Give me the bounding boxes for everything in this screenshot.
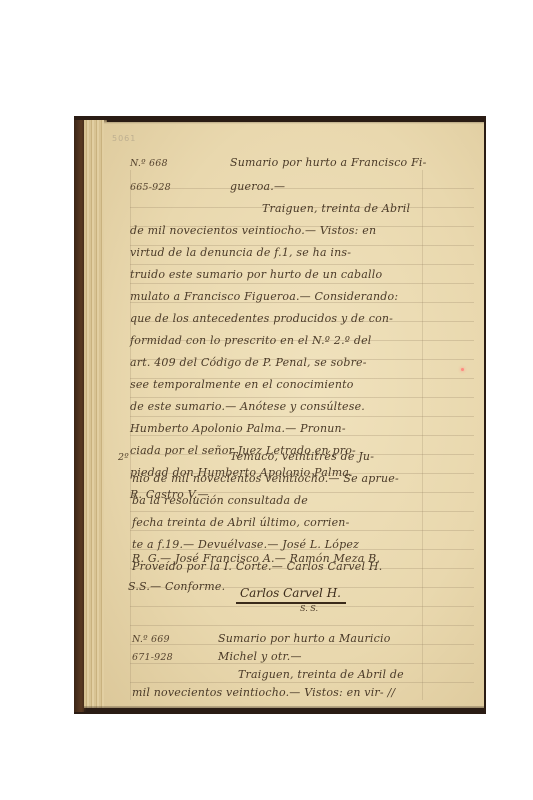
text-line: de este sumario.— Anótese y consúltese. bbox=[130, 400, 365, 413]
text-line: mil novecientos veintiocho.— Vistos: en … bbox=[132, 686, 395, 699]
text-line: nio de mil novecientos veintiocho.— Se a… bbox=[132, 472, 399, 485]
entry-title-cont: Michel y otr.— bbox=[218, 650, 302, 663]
signature-underline bbox=[236, 602, 346, 604]
text-line: Traiguen, treinta de Abril bbox=[262, 202, 410, 215]
text-line: fecha treinta de Abril último, corrien- bbox=[132, 516, 350, 529]
entry-number: N.º 668 bbox=[130, 158, 168, 169]
signature: Carlos Carvel H. bbox=[240, 586, 341, 600]
text-line: truido este sumario por hurto de un caba… bbox=[130, 268, 382, 281]
text-line: mulato a Francisco Figueroa.— Consideran… bbox=[130, 290, 398, 303]
text-line: Temuco, veintitrés de Ju- bbox=[230, 450, 374, 463]
text-line: S.S.— Conforme. bbox=[128, 580, 225, 593]
entry-title-cont: gueroa.— bbox=[230, 180, 285, 193]
bottom-shadow bbox=[84, 706, 486, 714]
text-line: art. 409 del Código de P. Penal, se sobr… bbox=[130, 356, 367, 369]
entry-reference: 671-928 bbox=[132, 652, 173, 663]
red-light-artifact bbox=[461, 368, 464, 371]
entry-reference: 665-928 bbox=[130, 182, 171, 193]
signature-sub: S. S. bbox=[300, 604, 318, 613]
text-line: virtud de la denuncia de f.1, se ha ins- bbox=[130, 246, 351, 259]
text-line: Traiguen, treinta de Abril de bbox=[238, 668, 404, 681]
entry-number: 2º bbox=[118, 452, 129, 463]
text-line: que de los antecedentes producidos y de … bbox=[130, 312, 393, 325]
top-shadow bbox=[104, 116, 486, 124]
right-margin-line bbox=[422, 170, 423, 700]
page-stamp: 5061 bbox=[112, 134, 136, 143]
text-line: Proveído por la I. Corte.— Carlos Carvel… bbox=[132, 560, 382, 573]
text-line: de mil novecientos veintiocho.— Vistos: … bbox=[130, 224, 376, 237]
entry-title: Sumario por hurto a Mauricio bbox=[218, 632, 391, 645]
text-line: formidad con lo prescrito en el N.º 2.º … bbox=[130, 334, 372, 347]
text-line: te a f.19.— Devuélvase.— José L. López bbox=[132, 538, 359, 551]
entry-number: N.º 669 bbox=[132, 634, 170, 645]
text-line: ba la resolución consultada de bbox=[132, 494, 308, 507]
entry-title: Sumario por hurto a Francisco Fi- bbox=[230, 156, 427, 169]
text-line: Humberto Apolonio Palma.— Pronun- bbox=[130, 422, 346, 435]
text-line: see temporalmente en el conocimiento bbox=[130, 378, 354, 391]
